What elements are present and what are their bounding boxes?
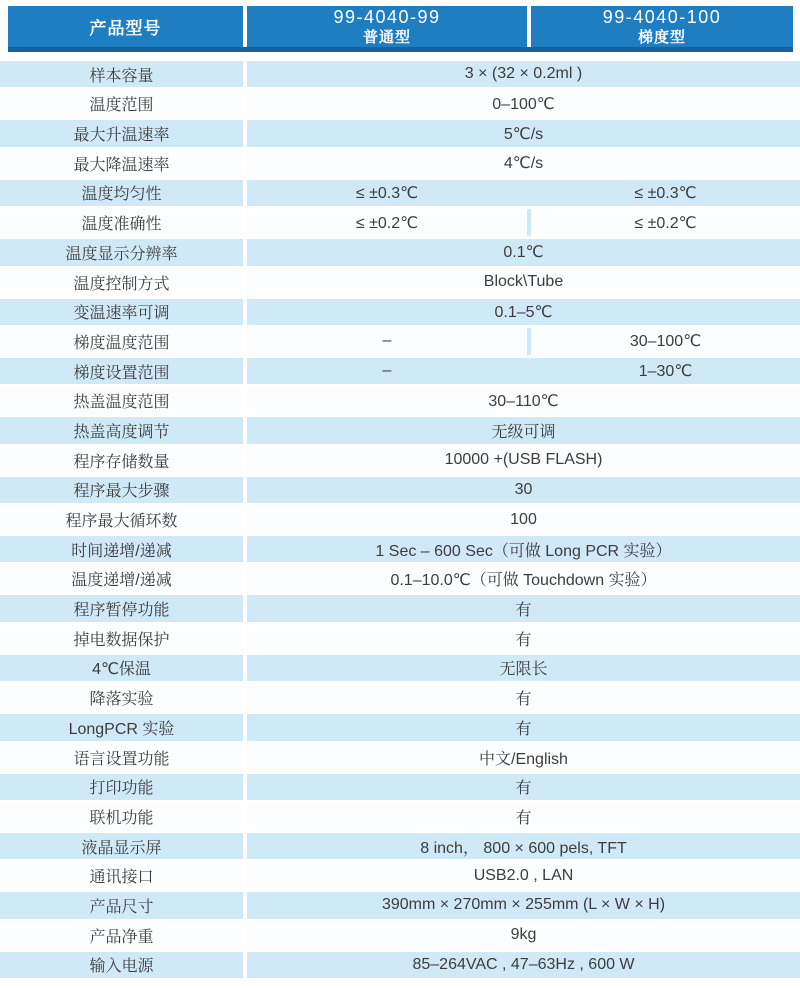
spec-value: USB2.0 , LAN [247,863,800,889]
spec-label: 程序存储数量 [0,447,243,473]
spec-value: 10000 +(USB FLASH) [247,447,800,473]
table-row: 产品净重 9kg [0,922,800,948]
spec-label: 液晶显示屏 [0,833,243,859]
table-row: 4℃保温 无限长 [0,655,800,681]
spec-value-gradient: ≤ ±0.2℃ [531,209,800,235]
spec-value-gradient: 1–30℃ [531,358,800,384]
spec-label: 热盖温度范围 [0,388,243,414]
spec-label: 降落实验 [0,684,243,710]
spec-value-gradient: ≤ ±0.3℃ [531,180,800,206]
table-row: LongPCR 实验 有 [0,714,800,740]
table-row: 热盖温度范围 30–110℃ [0,388,800,414]
table-row: 通讯接口 USB2.0 , LAN [0,863,800,889]
spec-label: 温度准确性 [0,209,243,235]
model-number-normal: 99-4040-99 [333,6,440,28]
product-spec-sheet: 产品型号 99-4040-99 普通型 99-4040-100 梯度型 样本容量… [0,0,800,988]
table-row: 温度范围 0–100℃ [0,91,800,117]
spec-value: 8 inch， 800 × 600 pels, TFT [247,833,800,859]
table-row: 液晶显示屏 8 inch， 800 × 600 pels, TFT [0,833,800,859]
table-row: 最大降温速率 4℃/s [0,150,800,176]
spec-label: 产品尺寸 [0,892,243,918]
spec-label: 联机功能 [0,803,243,829]
spec-label: 样本容量 [0,61,243,87]
spec-label: LongPCR 实验 [0,714,243,740]
spec-value-normal: – [247,328,527,354]
table-row: 程序最大循环数 100 [0,506,800,532]
table-row: 程序暂停功能 有 [0,595,800,621]
spec-value: 有 [247,774,800,800]
spec-value: 0.1–5℃ [247,299,800,325]
spec-label: 产品净重 [0,922,243,948]
header-product-model-cell: 产品型号 [8,6,243,47]
header-product-model-label: 产品型号 [90,14,162,39]
table-row: 样本容量 3 × (32 × 0.2ml ) [0,61,800,87]
spec-value: 有 [247,684,800,710]
header-model-normal-cell: 99-4040-99 普通型 [247,6,527,47]
table-row: 温度显示分辨率 0.1℃ [0,239,800,265]
spec-value: 0.1℃ [247,239,800,265]
spec-rows: 样本容量 3 × (32 × 0.2ml ) 温度范围 0–100℃ 最大升温速… [0,61,800,981]
spec-label: 掉电数据保护 [0,625,243,651]
table-row: 打印功能 有 [0,774,800,800]
spec-value: 9kg [247,922,800,948]
table-header: 产品型号 99-4040-99 普通型 99-4040-100 梯度型 [8,6,793,52]
spec-label: 通讯接口 [0,863,243,889]
spec-value: 有 [247,714,800,740]
spec-value-gradient: 30–100℃ [531,328,800,354]
table-row: 降落实验 有 [0,684,800,710]
spec-value: 无级可调 [247,417,800,443]
model-type-normal: 普通型 [363,28,411,47]
spec-value: 85–264VAC , 47–63Hz , 600 W [247,952,800,978]
spec-label: 热盖高度调节 [0,417,243,443]
model-type-gradient: 梯度型 [638,28,686,47]
spec-label: 变温速率可调 [0,299,243,325]
table-row: 时间递增/递减 1 Sec – 600 Sec（可做 Long PCR 实验） [0,536,800,562]
table-row: 梯度温度范围 – 30–100℃ [0,328,800,354]
spec-value: 有 [247,803,800,829]
spec-value: 中文/English [247,744,800,770]
spec-value-normal: ≤ ±0.2℃ [247,209,527,235]
spec-value: 3 × (32 × 0.2ml ) [247,61,800,87]
spec-value: 30–110℃ [247,388,800,414]
spec-value: 5℃/s [247,120,800,146]
spec-label: 打印功能 [0,774,243,800]
spec-label: 温度均匀性 [0,180,243,206]
table-row: 梯度设置范围 – 1–30℃ [0,358,800,384]
spec-label: 最大降温速率 [0,150,243,176]
spec-label: 温度控制方式 [0,269,243,295]
spec-label: 梯度温度范围 [0,328,243,354]
table-row: 输入电源 85–264VAC , 47–63Hz , 600 W [0,952,800,978]
spec-label: 4℃保温 [0,655,243,681]
spec-value: 30 [247,477,800,503]
table-row: 程序存储数量 10000 +(USB FLASH) [0,447,800,473]
table-row: 产品尺寸 390mm × 270mm × 255mm (L × W × H) [0,892,800,918]
header-model-gradient-cell: 99-4040-100 梯度型 [531,6,793,47]
spec-label: 温度范围 [0,91,243,117]
spec-label: 程序暂停功能 [0,595,243,621]
spec-value: 有 [247,625,800,651]
spec-label: 程序最大循环数 [0,506,243,532]
spec-value-normal: ≤ ±0.3℃ [247,180,527,206]
spec-label: 温度递增/递减 [0,566,243,592]
spec-label: 最大升温速率 [0,120,243,146]
spec-value: 4℃/s [247,150,800,176]
spec-value: 100 [247,506,800,532]
table-row: 变温速率可调 0.1–5℃ [0,299,800,325]
table-row: 语言设置功能 中文/English [0,744,800,770]
spec-label: 时间递增/递减 [0,536,243,562]
table-row: 联机功能 有 [0,803,800,829]
spec-value-normal: – [247,358,527,384]
spec-label: 语言设置功能 [0,744,243,770]
spec-value: 1 Sec – 600 Sec（可做 Long PCR 实验） [247,536,800,562]
table-row: 程序最大步骤 30 [0,477,800,503]
spec-label: 程序最大步骤 [0,477,243,503]
spec-value: Block\Tube [247,269,800,295]
spec-value: 390mm × 270mm × 255mm (L × W × H) [247,892,800,918]
table-row: 温度控制方式 Block\Tube [0,269,800,295]
table-row: 掉电数据保护 有 [0,625,800,651]
model-number-gradient: 99-4040-100 [603,6,722,28]
spec-label: 输入电源 [0,952,243,978]
spec-value: 0.1–10.0℃（可做 Touchdown 实验） [247,566,800,592]
table-row: 温度准确性 ≤ ±0.2℃ ≤ ±0.2℃ [0,209,800,235]
spec-label: 温度显示分辨率 [0,239,243,265]
table-row: 热盖高度调节 无级可调 [0,417,800,443]
spec-value: 无限长 [247,655,800,681]
spec-value: 0–100℃ [247,91,800,117]
spec-label: 梯度设置范围 [0,358,243,384]
table-row: 最大升温速率 5℃/s [0,120,800,146]
spec-value: 有 [247,595,800,621]
table-row: 温度均匀性 ≤ ±0.3℃ ≤ ±0.3℃ [0,180,800,206]
table-row: 温度递增/递减 0.1–10.0℃（可做 Touchdown 实验） [0,566,800,592]
